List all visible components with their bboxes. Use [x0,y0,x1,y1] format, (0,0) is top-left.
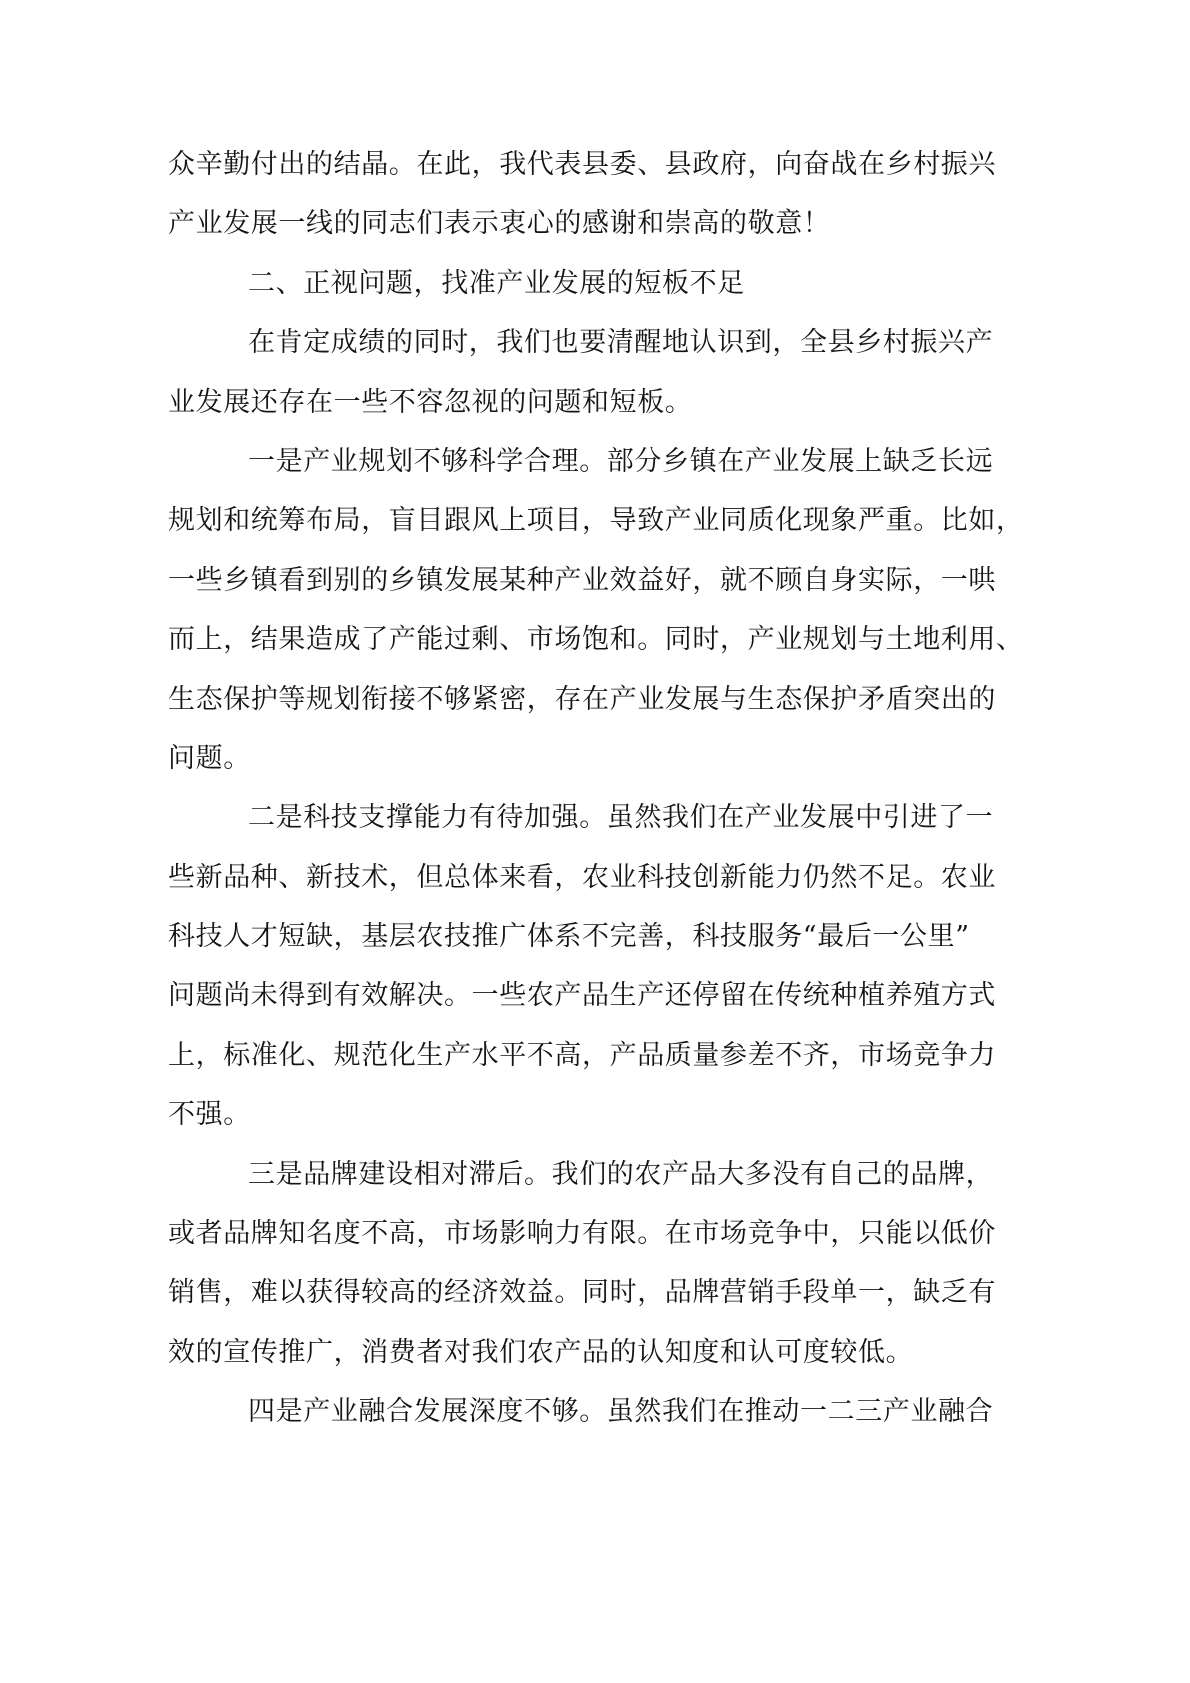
text-line: 规划和统筹布局，盲目跟风上项目，导致产业同质化现象严重。比如， [168,498,948,557]
heading-line: 二、正视问题，找准产业发展的短板不足 [168,261,948,320]
paragraph-intro: 在肯定成绩的同时，我们也要清醒地认识到，全县乡村振兴产 业发展还存在一些不容忽视… [168,320,948,439]
text-line: 而上，结果造成了产能过剩、市场饱和。同时，产业规划与土地利用、 [168,617,948,676]
text-line: 上，标准化、规范化生产水平不高，产品质量参差不齐，市场竞争力 [168,1033,948,1092]
text-line: 业发展还存在一些不容忽视的问题和短板。 [168,380,948,439]
text-line: 四是产业融合发展深度不够。虽然我们在推动一二三产业融合 [168,1389,948,1448]
text-line: 生态保护等规划衔接不够紧密，存在产业发展与生态保护矛盾突出的 [168,677,948,736]
paragraph-tech: 二是科技支撑能力有待加强。虽然我们在产业发展中引进了一 些新品种、新技术，但总体… [168,795,948,1151]
text-line: 问题尚未得到有效解决。一些农产品生产还停留在传统种植养殖方式 [168,973,948,1032]
text-line: 或者品牌知名度不高，市场影响力有限。在市场竞争中，只能以低价 [168,1211,948,1270]
paragraph-brand: 三是品牌建设相对滞后。我们的农产品大多没有自己的品牌， 或者品牌知名度不高，市场… [168,1152,948,1390]
text-line: 二是科技支撑能力有待加强。虽然我们在产业发展中引进了一 [168,795,948,854]
section-heading: 二、正视问题，找准产业发展的短板不足 [168,261,948,320]
text-line: 不强。 [168,1092,948,1151]
text-line: 科技人才短缺，基层农技推广体系不完善，科技服务“最后一公里” [168,914,948,973]
paragraph-fusion: 四是产业融合发展深度不够。虽然我们在推动一二三产业融合 [168,1389,948,1448]
text-line: 在肯定成绩的同时，我们也要清醒地认识到，全县乡村振兴产 [168,320,948,379]
paragraph-thanks: 众辛勤付出的结晶。在此，我代表县委、县政府，向奋战在乡村振兴 产业发展一线的同志… [168,142,948,261]
document-body: 众辛勤付出的结晶。在此，我代表县委、县政府，向奋战在乡村振兴 产业发展一线的同志… [168,142,948,1449]
text-line: 效的宣传推广，消费者对我们农产品的认知度和认可度较低。 [168,1330,948,1389]
text-line: 众辛勤付出的结晶。在此，我代表县委、县政府，向奋战在乡村振兴 [168,142,948,201]
text-line: 销售，难以获得较高的经济效益。同时，品牌营销手段单一，缺乏有 [168,1270,948,1329]
text-line: 一是产业规划不够科学合理。部分乡镇在产业发展上缺乏长远 [168,439,948,498]
text-line: 三是品牌建设相对滞后。我们的农产品大多没有自己的品牌， [168,1152,948,1211]
text-line: 问题。 [168,736,948,795]
paragraph-planning: 一是产业规划不够科学合理。部分乡镇在产业发展上缺乏长远 规划和统筹布局，盲目跟风… [168,439,948,795]
text-line: 一些乡镇看到别的乡镇发展某种产业效益好，就不顾自身实际，一哄 [168,558,948,617]
text-line: 些新品种、新技术，但总体来看，农业科技创新能力仍然不足。农业 [168,855,948,914]
text-line: 产业发展一线的同志们表示衷心的感谢和崇高的敬意！ [168,201,948,260]
document-page: 众辛勤付出的结晶。在此，我代表县委、县政府，向奋战在乡村振兴 产业发展一线的同志… [0,0,1190,1683]
